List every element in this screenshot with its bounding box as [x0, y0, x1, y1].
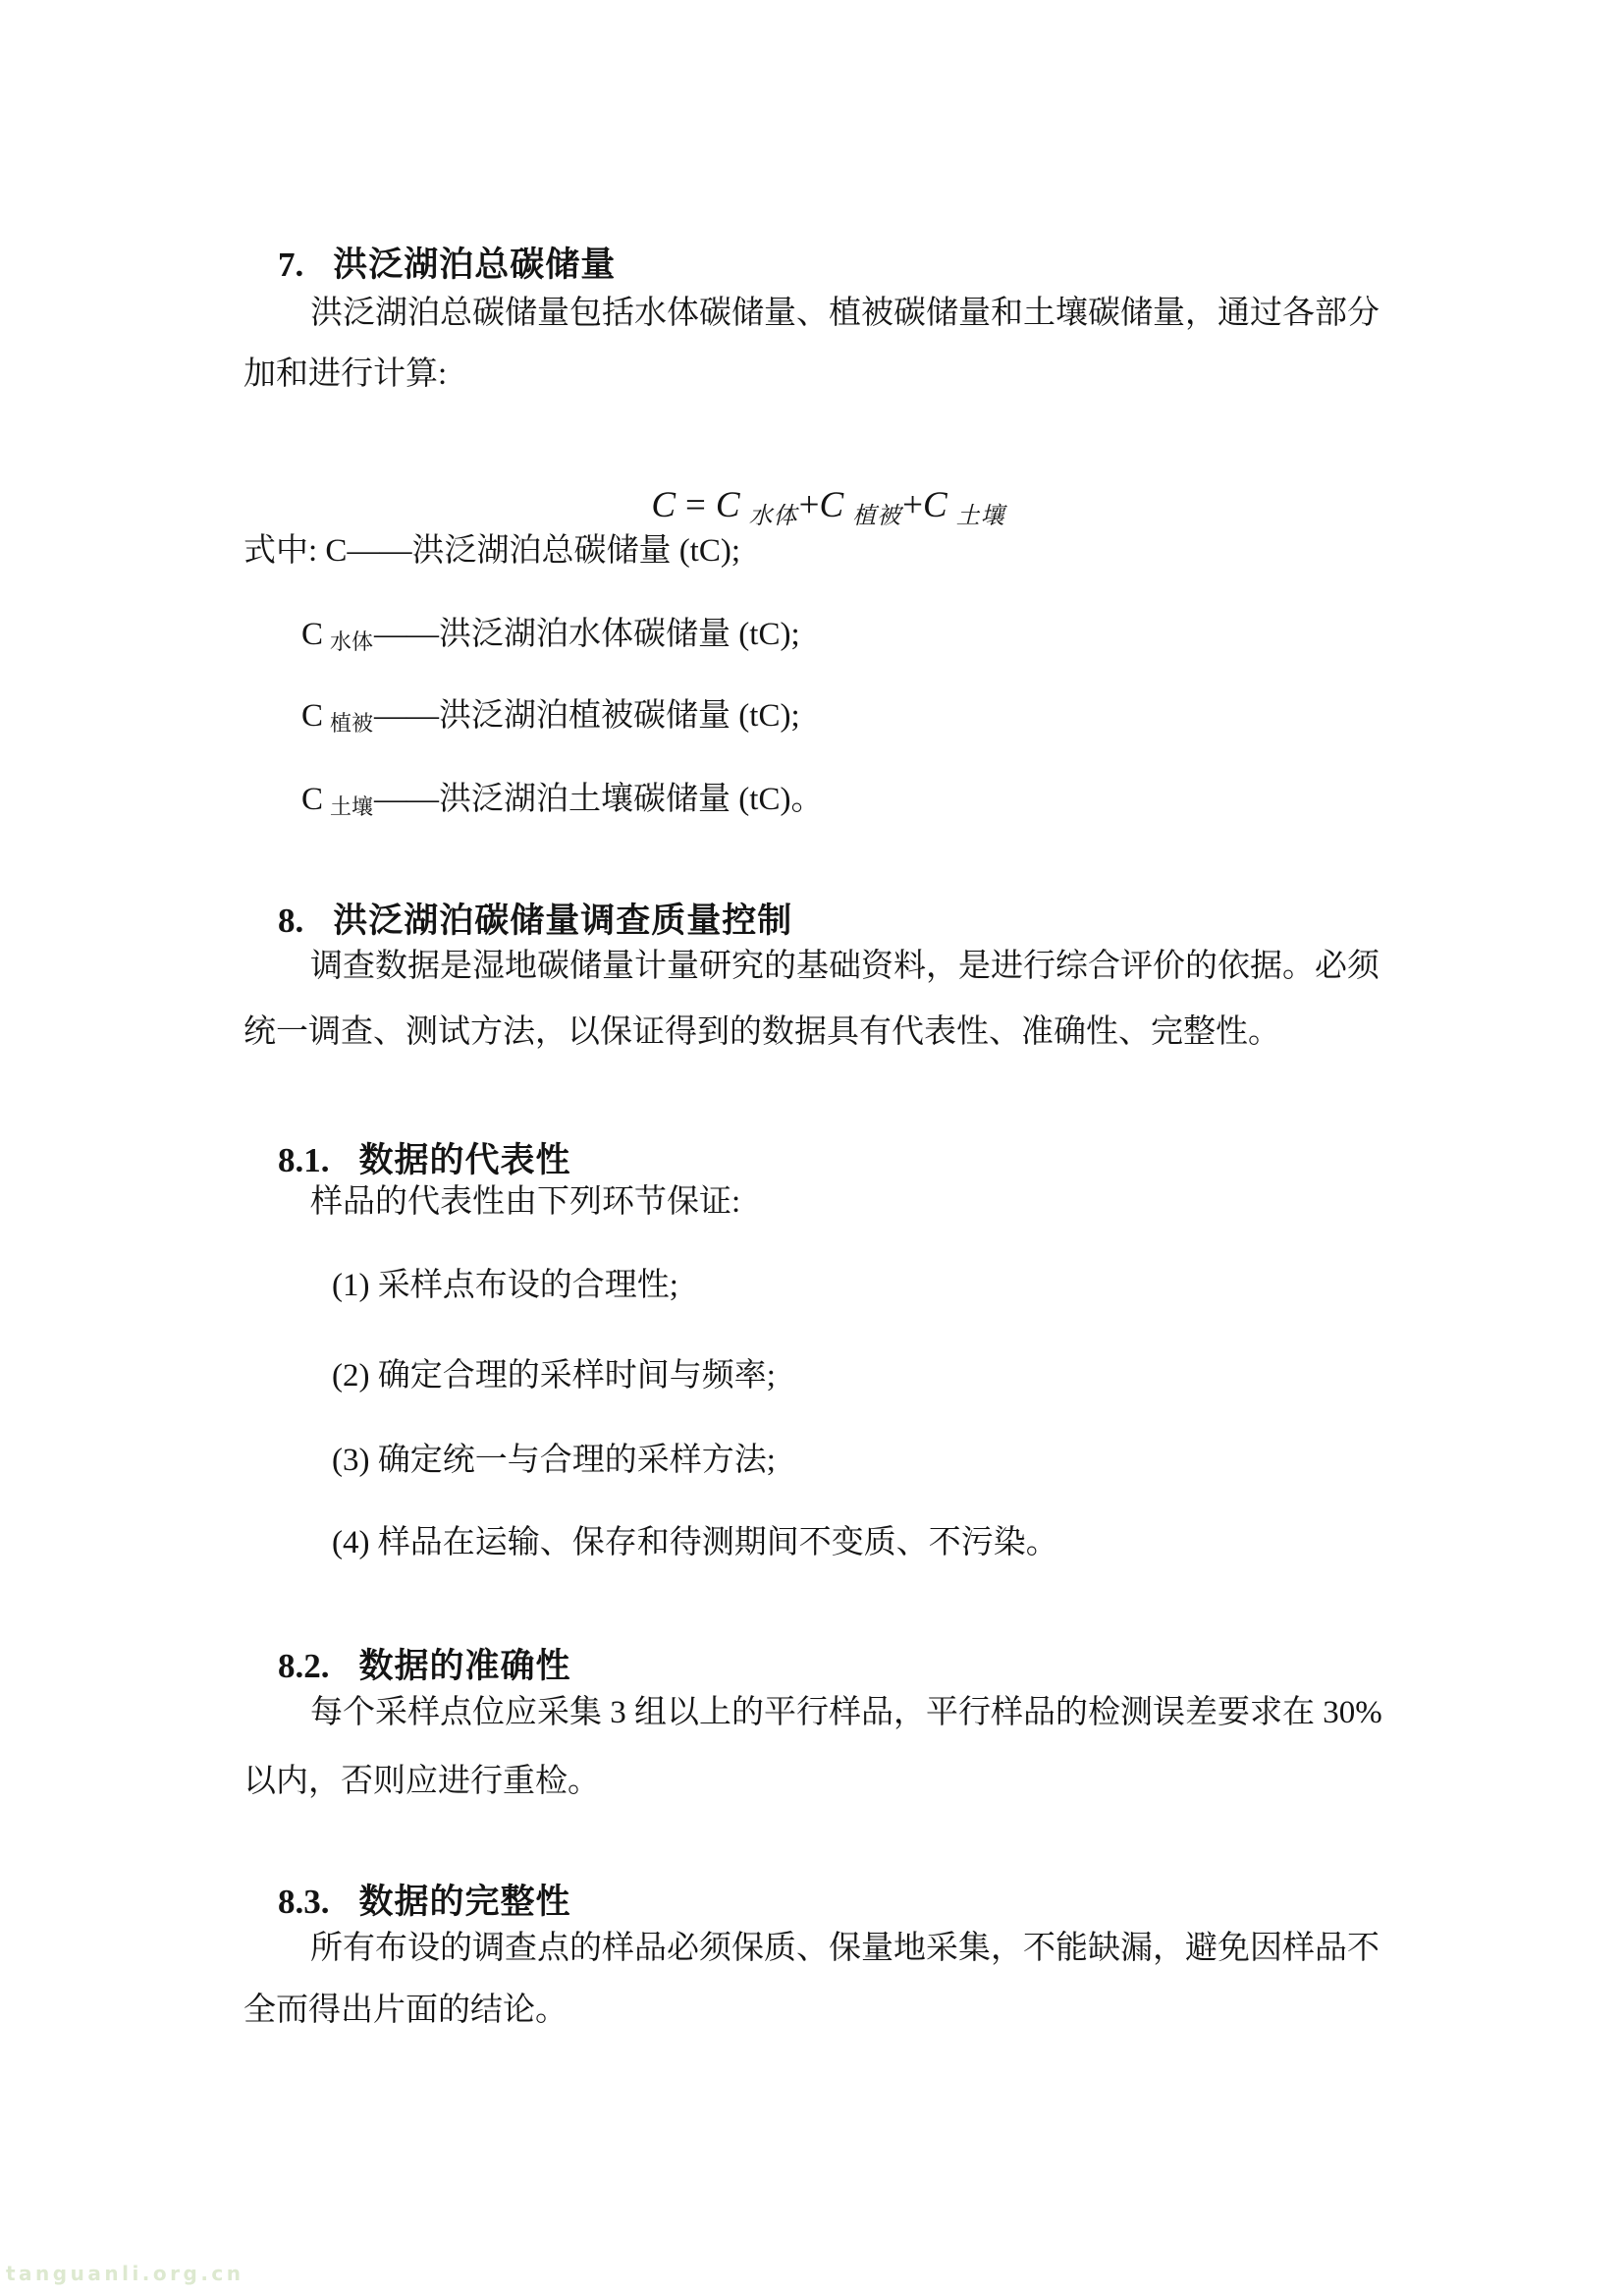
formula-lhs: C — [651, 485, 676, 525]
definition-vegetation-symbol: C — [301, 698, 323, 734]
definition-vegetation-subscript: 植被 — [330, 711, 373, 736]
definition-total-prefix: 式中: — [243, 533, 325, 569]
definition-total: 式中: C——洪泛湖泊总碳储量 (tC); — [243, 533, 740, 571]
definition-vegetation: C植被——洪泛湖泊植被碳储量 (tC); — [301, 698, 800, 736]
list-item-4: (4) 样品在运输、保存和待测期间不变质、不污染。 — [332, 1525, 1058, 1562]
definition-soil-symbol: C — [301, 782, 323, 817]
definition-vegetation-dash: —— — [374, 698, 439, 734]
formula-plus-1: + — [799, 485, 820, 525]
formula-plus-2: + — [902, 485, 923, 525]
definition-water-dash: —— — [374, 617, 439, 652]
formula-term-vegetation-symbol: C — [819, 485, 843, 525]
paragraph-1-line-2: 加和进行计算: — [243, 356, 447, 394]
section-8-1-title: 数据的代表性 — [359, 1141, 571, 1179]
section-8-3-number: 8.3. — [278, 1883, 330, 1921]
document-page: 7.洪泛湖泊总碳储量 洪泛湖泊总碳储量包括水体碳储量、植被碳储量和土壤碳储量，通… — [0, 0, 1623, 2296]
list-item-2: (2) 确定合理的采样时间与频率; — [332, 1358, 776, 1395]
definition-total-text: 洪泛湖泊总碳储量 (tC); — [411, 533, 740, 569]
formula-term-soil-subscript: 土壤 — [956, 504, 1005, 529]
section-7-title: 洪泛湖泊总碳储量 — [333, 246, 616, 284]
formula-term-vegetation-subscript: 植被 — [852, 504, 901, 529]
paragraph-5-line-1: 所有布设的调查点的样品必须保质、保量地采集，不能缺漏，避免因样品不 — [310, 1931, 1380, 1968]
definition-water-text: 洪泛湖泊水体碳储量 (tC); — [439, 617, 800, 652]
definition-soil-subscript: 土壤 — [330, 794, 373, 819]
section-8-2-number: 8.2. — [278, 1647, 330, 1685]
section-8-3-title: 数据的完整性 — [359, 1883, 571, 1921]
formula-term-soil-symbol: C — [923, 485, 947, 525]
paragraph-4-line-2: 以内，否则应进行重检。 — [243, 1764, 600, 1801]
list-item-3: (3) 确定统一与合理的采样方法; — [332, 1443, 776, 1480]
formula-term-water-symbol: C — [716, 485, 740, 525]
definition-water-subscript: 水体 — [330, 629, 373, 654]
site-watermark: tanguanli.org.cn — [6, 2262, 244, 2285]
section-7-number: 7. — [278, 246, 303, 284]
section-8-title: 洪泛湖泊碳储量调查质量控制 — [333, 902, 792, 940]
paragraph-2-line-1: 调查数据是湿地碳储量计量研究的基础资料，是进行综合评价的依据。必须 — [310, 949, 1380, 986]
definition-soil-text: 洪泛湖泊土壤碳储量 (tC)。 — [439, 782, 823, 817]
definition-water: C水体——洪泛湖泊水体碳储量 (tC); — [301, 617, 800, 654]
section-8-2-title: 数据的准确性 — [359, 1647, 571, 1685]
definition-soil-dash: —— — [374, 782, 439, 817]
paragraph-5-line-2: 全而得出片面的结论。 — [243, 1993, 568, 2030]
section-8-1-number: 8.1. — [278, 1141, 330, 1179]
paragraph-4-line-1: 每个采样点位应采集 3 组以上的平行样品，平行样品的检测误差要求在 30% — [310, 1695, 1382, 1732]
definition-vegetation-text: 洪泛湖泊植被碳储量 (tC); — [439, 698, 800, 734]
list-item-1: (1) 采样点布设的合理性; — [332, 1268, 678, 1305]
definition-water-symbol: C — [301, 617, 323, 652]
formula-term-water-subscript: 水体 — [749, 504, 798, 529]
definition-total-dash: —— — [347, 533, 411, 569]
paragraph-3-line-1: 样品的代表性由下列环节保证: — [310, 1184, 740, 1222]
paragraph-1-line-1: 洪泛湖泊总碳储量包括水体碳储量、植被碳储量和土壤碳储量，通过各部分 — [310, 296, 1380, 333]
formula-equals: = — [685, 485, 706, 525]
section-8-number: 8. — [278, 902, 303, 940]
definition-total-symbol: C — [325, 533, 347, 569]
definition-soil: C土壤——洪泛湖泊土壤碳储量 (tC)。 — [301, 782, 823, 819]
paragraph-2-line-2: 统一调查、测试方法，以保证得到的数据具有代表性、准确性、完整性。 — [243, 1014, 1280, 1052]
